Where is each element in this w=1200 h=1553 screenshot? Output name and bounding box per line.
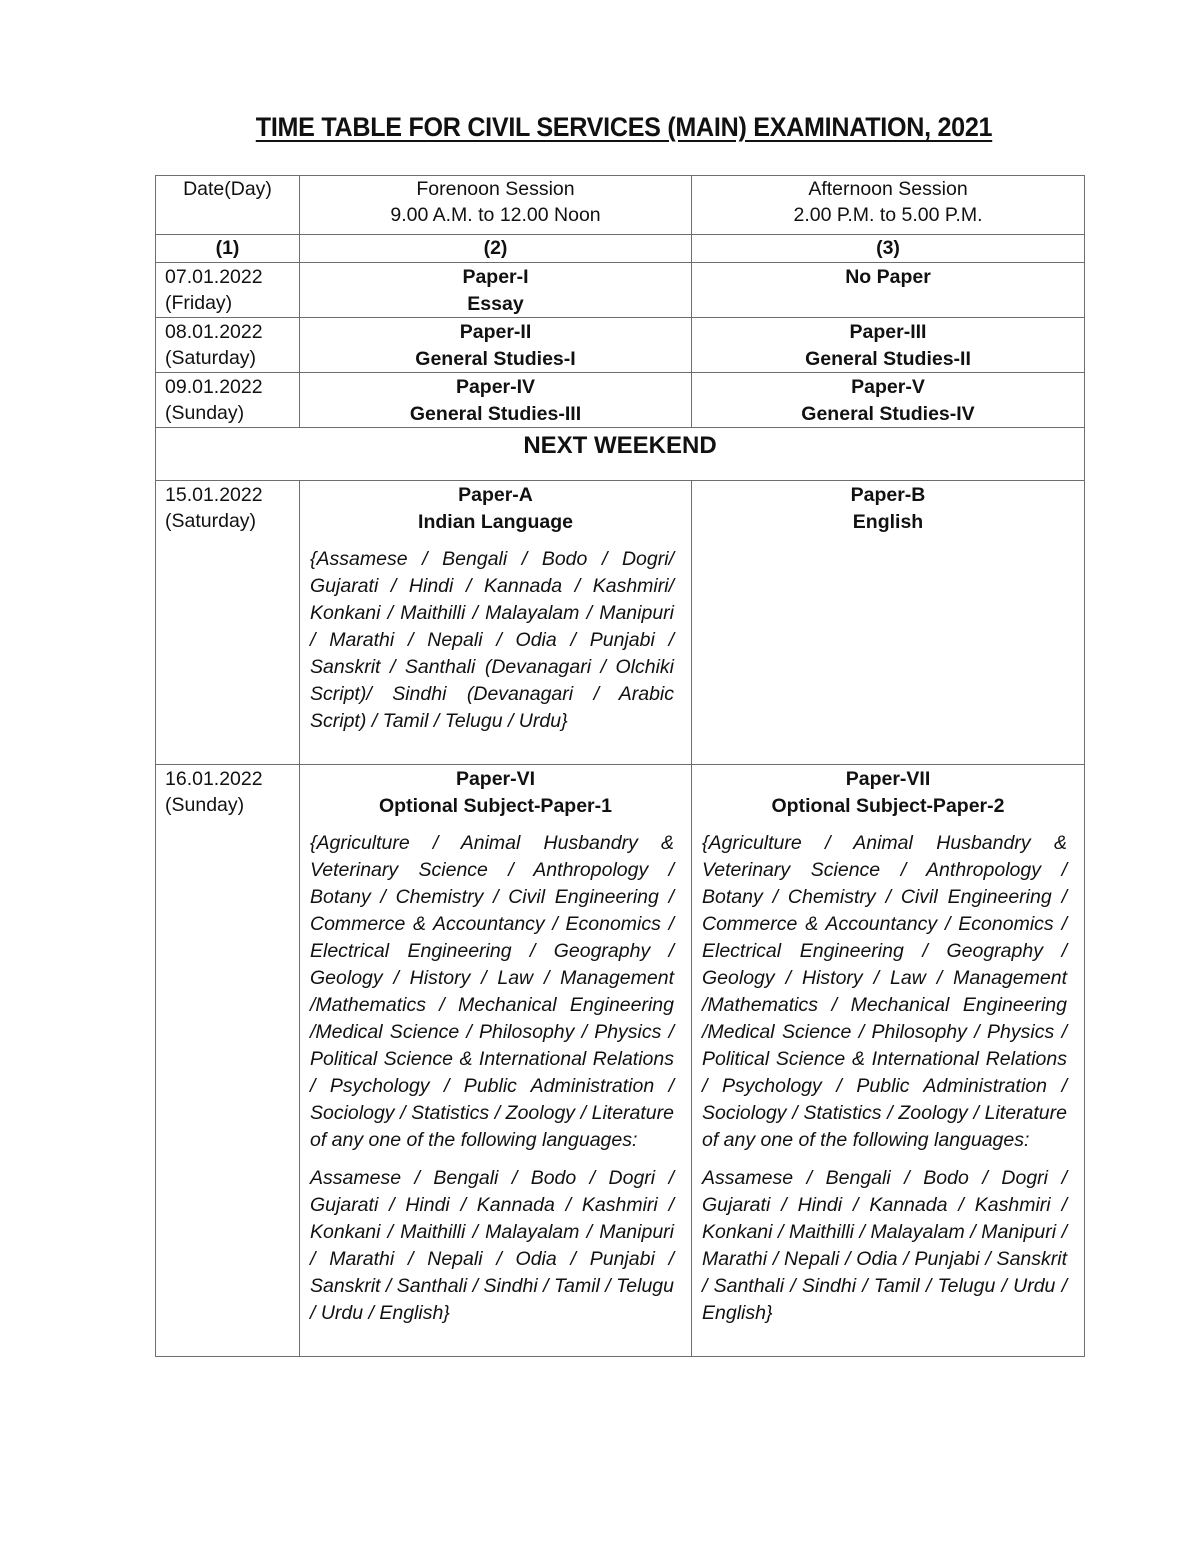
forenoon-time: 9.00 A.M. to 12.00 Noon [300, 202, 691, 228]
date-cell: 16.01.2022 (Sunday) [156, 765, 300, 1357]
paper-subject: General Studies-II [692, 345, 1084, 372]
afternoon-cell: Paper-VII Optional Subject-Paper-2 {Agri… [692, 765, 1085, 1357]
forenoon-cell: Paper-I Essay [300, 263, 692, 318]
date-cell: 08.01.2022 (Saturday) [156, 318, 300, 373]
header-forenoon: Forenoon Session 9.00 A.M. to 12.00 Noon [300, 176, 692, 235]
date-cell: 15.01.2022 (Saturday) [156, 481, 300, 765]
page-title: TIME TABLE FOR CIVIL SERVICES (MAIN) EXA… [44, 112, 1200, 143]
table-row: 08.01.2022 (Saturday) Paper-II General S… [156, 318, 1085, 373]
afternoon-cell: No Paper [692, 263, 1085, 318]
paper-subject: Indian Language [300, 508, 691, 535]
paper-subject: Essay [300, 290, 691, 317]
paper-subject: General Studies-I [300, 345, 691, 372]
paper-name: Paper-VII [692, 765, 1084, 792]
forenoon-cell: Paper-IV General Studies-III [300, 373, 692, 428]
table-row: 15.01.2022 (Saturday) Paper-A Indian Lan… [156, 481, 1085, 765]
table-row: 09.01.2022 (Sunday) Paper-IV General Stu… [156, 373, 1085, 428]
date-cell: 09.01.2022 (Sunday) [156, 373, 300, 428]
optional-subject-list: {Agriculture / Animal Husbandry & Veteri… [300, 830, 691, 1154]
column-number: (2) [300, 235, 692, 263]
column-number: (3) [692, 235, 1085, 263]
next-weekend-row: NEXT WEEKEND [156, 428, 1085, 481]
afternoon-label: Afternoon Session [692, 176, 1084, 202]
afternoon-cell: Paper-V General Studies-IV [692, 373, 1085, 428]
paper-subject: General Studies-III [300, 400, 691, 427]
date-cell: 07.01.2022 (Friday) [156, 263, 300, 318]
paper-name: Paper-A [300, 481, 691, 508]
literature-language-list: Assamese / Bengali / Bodo / Dogri / Guja… [692, 1165, 1084, 1327]
next-weekend-heading: NEXT WEEKEND [156, 428, 1085, 481]
paper-name: No Paper [692, 263, 1084, 290]
paper-name: Paper-V [692, 373, 1084, 400]
paper-name: Paper-III [692, 318, 1084, 345]
table-row: 16.01.2022 (Sunday) Paper-VI Optional Su… [156, 765, 1085, 1357]
timetable: Date(Day) Forenoon Session 9.00 A.M. to … [155, 175, 1085, 1357]
language-list: {Assamese / Bengali / Bodo / Dogri/ Guja… [300, 546, 691, 735]
forenoon-cell: Paper-II General Studies-I [300, 318, 692, 373]
literature-language-list: Assamese / Bengali / Bodo / Dogri / Guja… [300, 1165, 691, 1327]
table-row: 07.01.2022 (Friday) Paper-I Essay No Pap… [156, 263, 1085, 318]
paper-subject: Optional Subject-Paper-2 [692, 792, 1084, 819]
header-date: Date(Day) [156, 176, 300, 235]
forenoon-label: Forenoon Session [300, 176, 691, 202]
afternoon-cell: Paper-III General Studies-II [692, 318, 1085, 373]
optional-subject-list: {Agriculture / Animal Husbandry & Veteri… [692, 830, 1084, 1154]
column-number-row: (1) (2) (3) [156, 235, 1085, 263]
afternoon-time: 2.00 P.M. to 5.00 P.M. [692, 202, 1084, 228]
column-number: (1) [156, 235, 300, 263]
forenoon-cell: Paper-VI Optional Subject-Paper-1 {Agric… [300, 765, 692, 1357]
header-afternoon: Afternoon Session 2.00 P.M. to 5.00 P.M. [692, 176, 1085, 235]
paper-name: Paper-VI [300, 765, 691, 792]
afternoon-cell: Paper-B English [692, 481, 1085, 765]
paper-subject: Optional Subject-Paper-1 [300, 792, 691, 819]
paper-name: Paper-I [300, 263, 691, 290]
paper-subject: General Studies-IV [692, 400, 1084, 427]
forenoon-cell: Paper-A Indian Language {Assamese / Beng… [300, 481, 692, 765]
header-row: Date(Day) Forenoon Session 9.00 A.M. to … [156, 176, 1085, 235]
paper-subject: English [692, 508, 1084, 535]
paper-name: Paper-II [300, 318, 691, 345]
paper-name: Paper-IV [300, 373, 691, 400]
paper-name: Paper-B [692, 481, 1084, 508]
